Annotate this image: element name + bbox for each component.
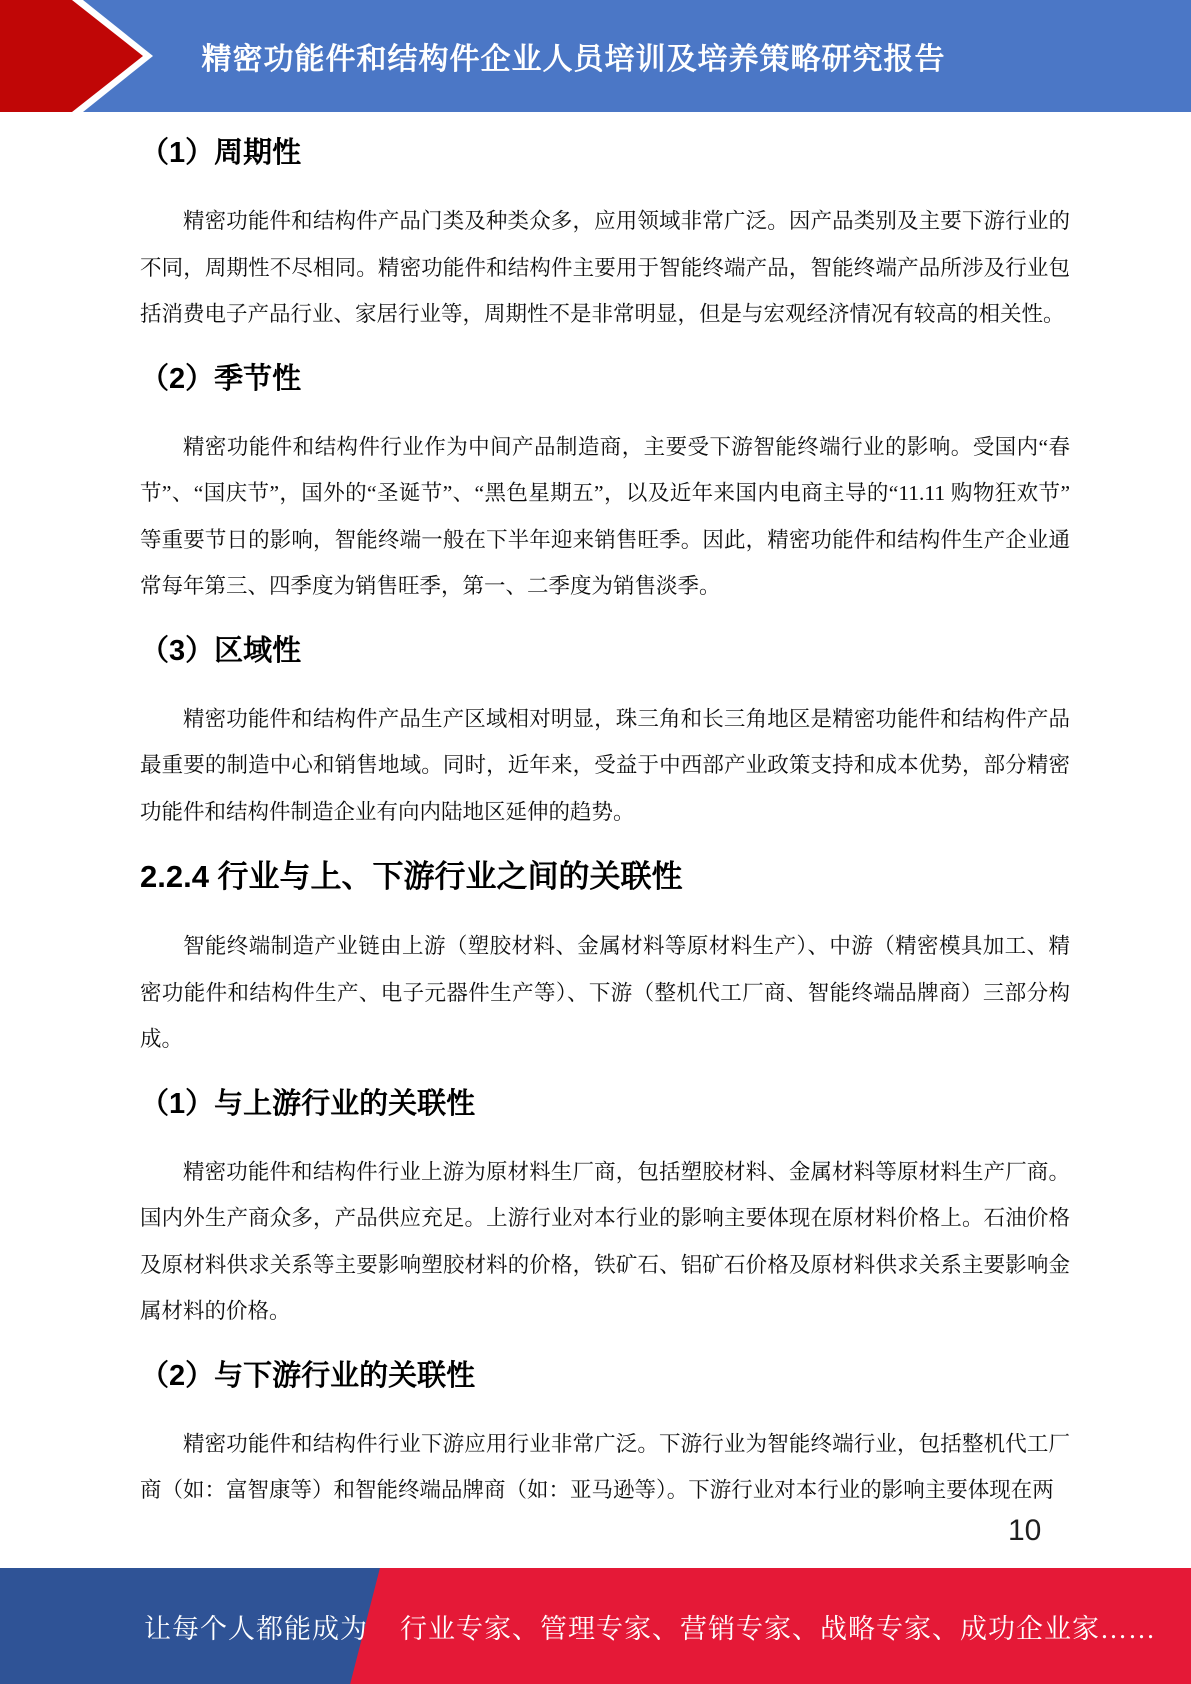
document-body: （1）周期性 精密功能件和结构件产品门类及种类众多，应用领域非常广泛。因产品类别… <box>0 112 1191 1514</box>
section-heading-industry-chain: 2.2.4 行业与上、下游行业之间的关联性 <box>140 856 1070 898</box>
section-heading-upstream: （1）与上游行业的关联性 <box>140 1084 1070 1124</box>
section-heading-periodicity: （1）周期性 <box>140 133 1070 173</box>
document-page: 精密功能件和结构件企业人员培训及培养策略研究报告 （1）周期性 精密功能件和结构… <box>0 0 1191 1684</box>
page-number: 10 <box>1008 1514 1041 1548</box>
header-title-wrap: 精密功能件和结构件企业人员培训及培养策略研究报告 <box>0 0 1191 112</box>
footer-slogan-right: 行业专家、管理专家、营销专家、战略专家、成功企业家…… <box>400 1568 1156 1684</box>
paragraph: 精密功能件和结构件行业下游应用行业非常广泛。下游行业为智能终端行业，包括整机代工… <box>140 1421 1070 1514</box>
paragraph: 精密功能件和结构件产品门类及种类众多，应用领域非常广泛。因产品类别及主要下游行业… <box>140 198 1070 338</box>
section-heading-downstream: （2）与下游行业的关联性 <box>140 1356 1070 1396</box>
paragraph: 精密功能件和结构件产品生产区域相对明显，珠三角和长三角地区是精密功能件和结构件产… <box>140 696 1070 836</box>
paragraph: 精密功能件和结构件行业上游为原材料生厂商，包括塑胶材料、金属材料等原材料生产厂商… <box>140 1149 1070 1335</box>
report-title: 精密功能件和结构件企业人员培训及培养策略研究报告 <box>202 34 946 78</box>
section-heading-seasonality: （2）季节性 <box>140 359 1070 399</box>
page-header: 精密功能件和结构件企业人员培训及培养策略研究报告 <box>0 0 1191 112</box>
page-footer: 让每个人都能成为 行业专家、管理专家、营销专家、战略专家、成功企业家…… <box>0 1568 1191 1684</box>
section-heading-regionality: （3）区域性 <box>140 631 1070 671</box>
footer-slogan-left: 让每个人都能成为 <box>144 1568 368 1684</box>
paragraph: 精密功能件和结构件行业作为中间产品制造商，主要受下游智能终端行业的影响。受国内“… <box>140 424 1070 610</box>
paragraph: 智能终端制造产业链由上游（塑胶材料、金属材料等原材料生产）、中游（精密模具加工、… <box>140 923 1070 1063</box>
